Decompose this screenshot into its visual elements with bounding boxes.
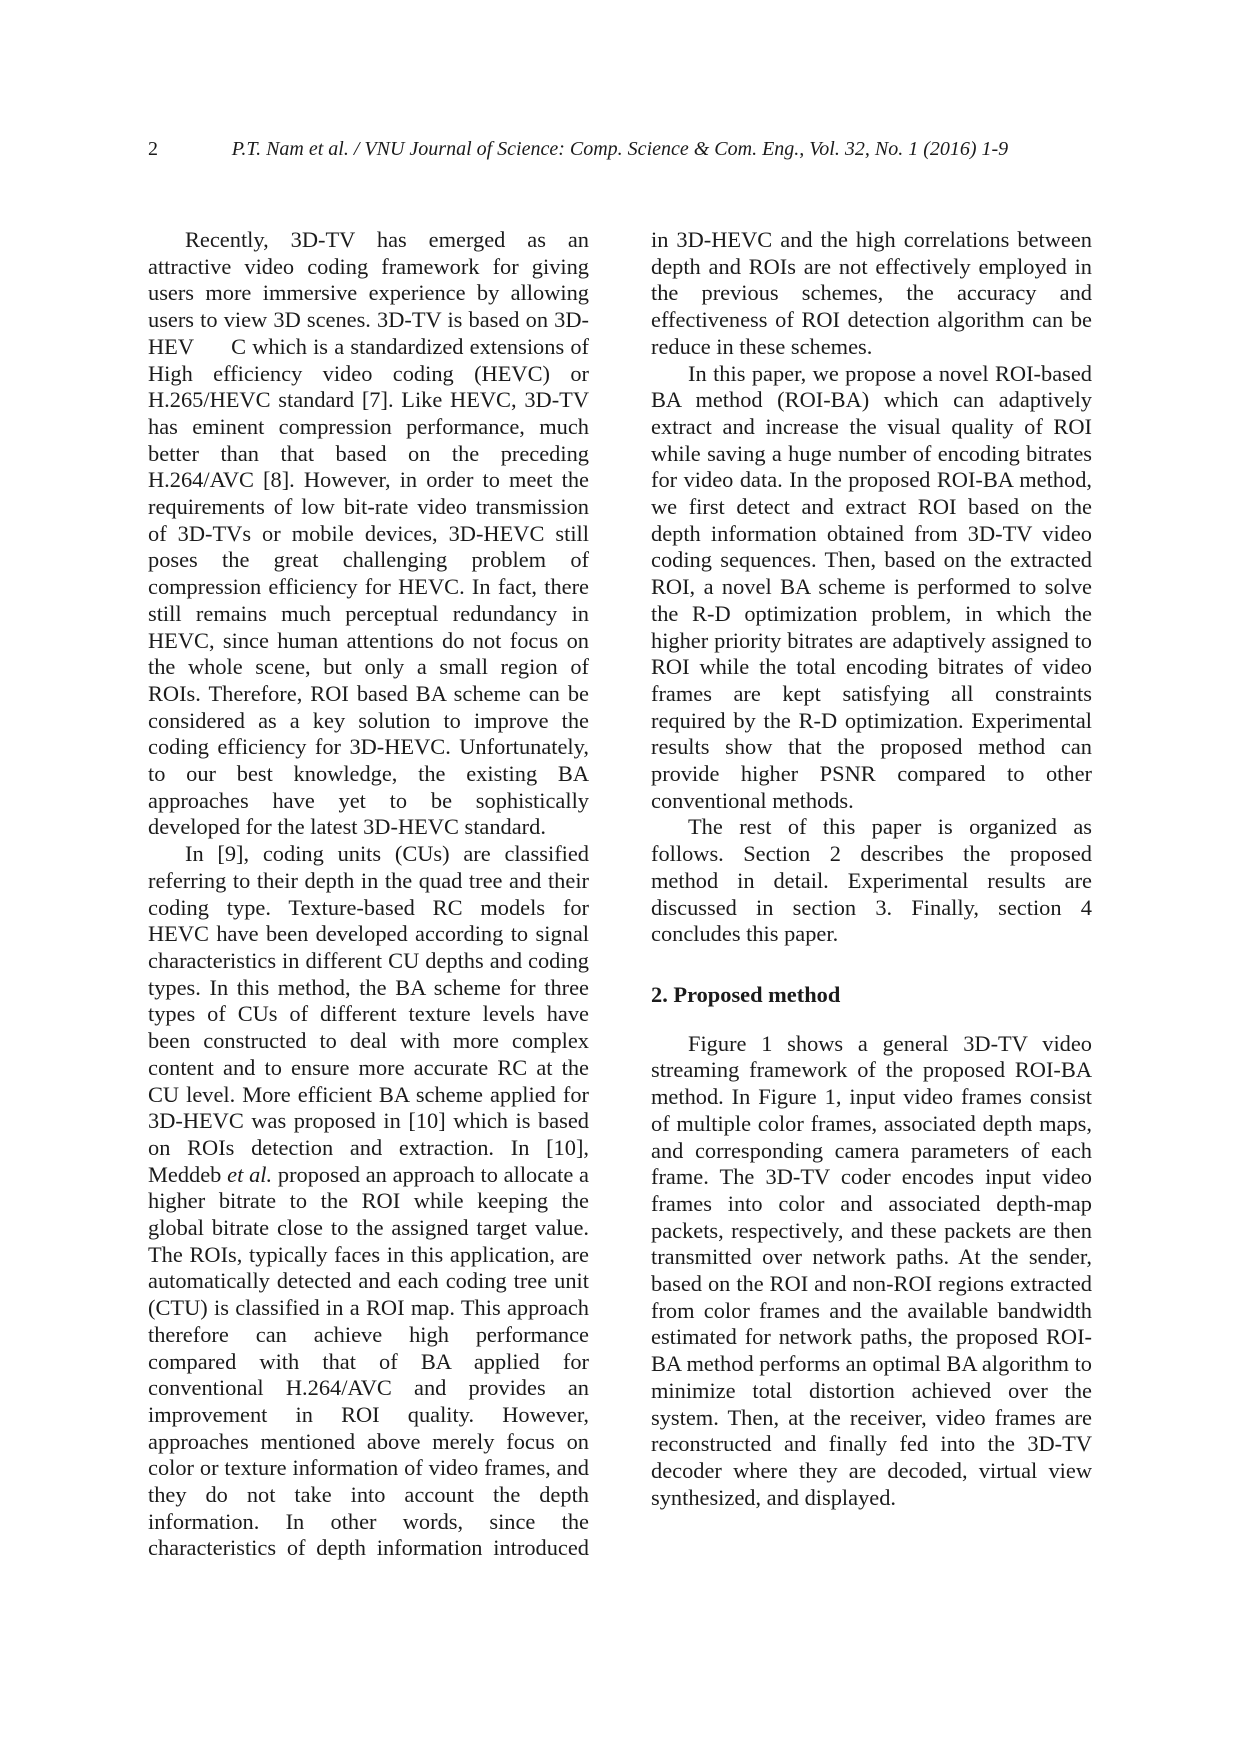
section-heading-proposed-method: 2. Proposed method — [651, 982, 1092, 1009]
paragraph-continuation: in 3D-HEVC and the high correlations bet… — [651, 227, 1092, 361]
two-column-body: Recently, 3D-TV has emerged as an attrac… — [148, 227, 1092, 1562]
page-number: 2 — [148, 136, 158, 162]
running-title: P.T. Nam et al. / VNU Journal of Science… — [148, 136, 1092, 162]
paragraph-proposal: In this paper, we propose a novel ROI-ba… — [651, 361, 1092, 815]
paragraph-related-work-part2: proposed an approach to allocate a highe… — [148, 1162, 589, 1561]
paragraph-method-overview: Figure 1 shows a general 3D-TV video str… — [651, 1031, 1092, 1512]
paragraph-related-work: In [9], coding units (CUs) are classifie… — [148, 841, 589, 1562]
left-column: Recently, 3D-TV has emerged as an attrac… — [148, 227, 589, 1562]
et-al-italic: et al. — [227, 1162, 272, 1187]
paragraph-paper-organization: The rest of this paper is organized as f… — [651, 814, 1092, 948]
right-column: in 3D-HEVC and the high correlations bet… — [651, 227, 1092, 1562]
paper-page: 2 P.T. Nam et al. / VNU Journal of Scien… — [0, 0, 1240, 1753]
paragraph-intro-3dtv: Recently, 3D-TV has emerged as an attrac… — [148, 227, 589, 841]
paragraph-related-work-part1: In [9], coding units (CUs) are classifie… — [148, 841, 589, 1186]
page-header: 2 P.T. Nam et al. / VNU Journal of Scien… — [148, 136, 1092, 162]
